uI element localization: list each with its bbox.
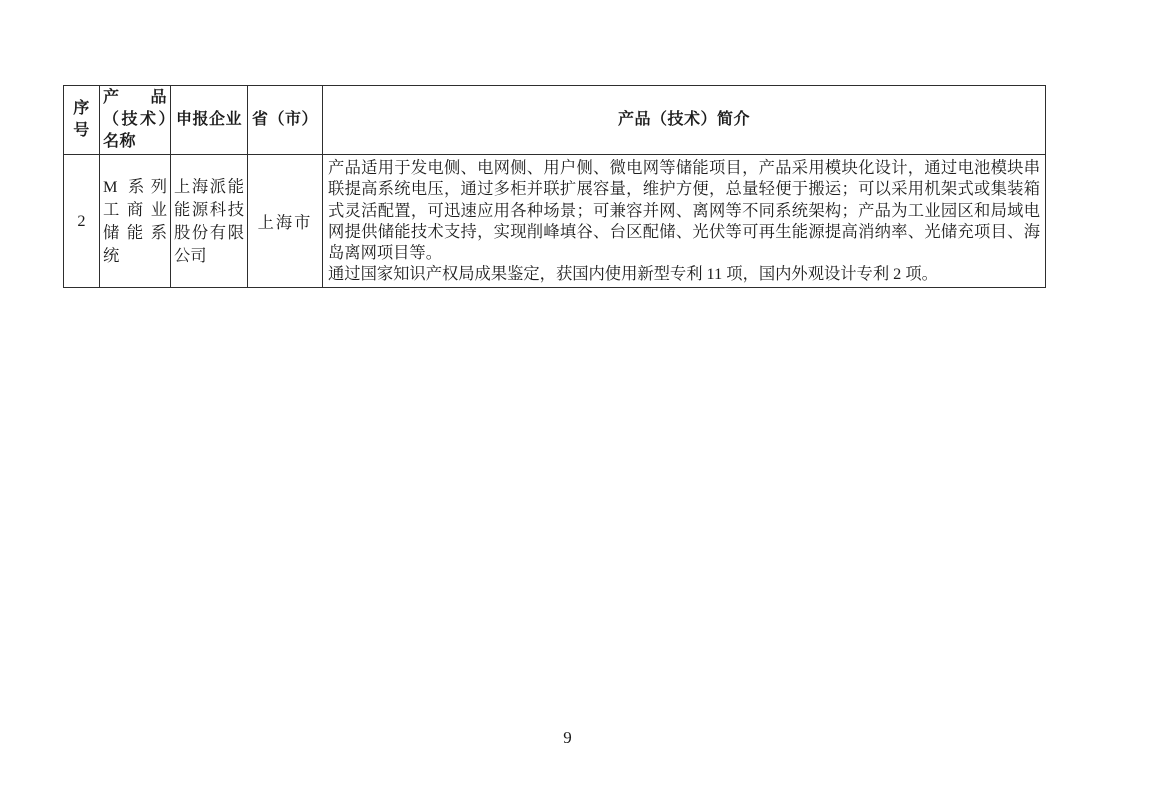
- seq-cell: 2: [64, 155, 100, 288]
- col-header-seq: 序号: [64, 86, 100, 155]
- description-paragraph-1: 产品适用于发电侧、电网侧、用户侧、微电网等储能项目，产品采用模块化设计，通过电池…: [328, 157, 1040, 263]
- company-cell: 上海派能能源科技股份有限公司: [171, 155, 248, 288]
- product-table: 序号 产品（技术）名称 申报企业 省（市） 产品（技术）简介 2 M 系列工商业…: [63, 85, 1046, 288]
- product-name-cell: M 系列工商业储能系统: [100, 155, 171, 288]
- province-cell: 上海市: [248, 155, 323, 288]
- col-header-province: 省（市）: [248, 86, 323, 155]
- description-paragraph-2: 通过国家知识产权局成果鉴定，获国内使用新型专利 11 项，国内外观设计专利 2 …: [328, 263, 1040, 284]
- table-header-row: 序号 产品（技术）名称 申报企业 省（市） 产品（技术）简介: [64, 86, 1046, 155]
- table-row: 2 M 系列工商业储能系统 上海派能能源科技股份有限公司 上海市 产品适用于发电…: [64, 155, 1046, 288]
- page-number: 9: [0, 726, 1135, 750]
- col-header-company: 申报企业: [171, 86, 248, 155]
- col-header-description: 产品（技术）简介: [323, 86, 1046, 155]
- col-header-product-name: 产品（技术）名称: [100, 86, 171, 155]
- description-cell: 产品适用于发电侧、电网侧、用户侧、微电网等储能项目，产品采用模块化设计，通过电池…: [323, 155, 1046, 288]
